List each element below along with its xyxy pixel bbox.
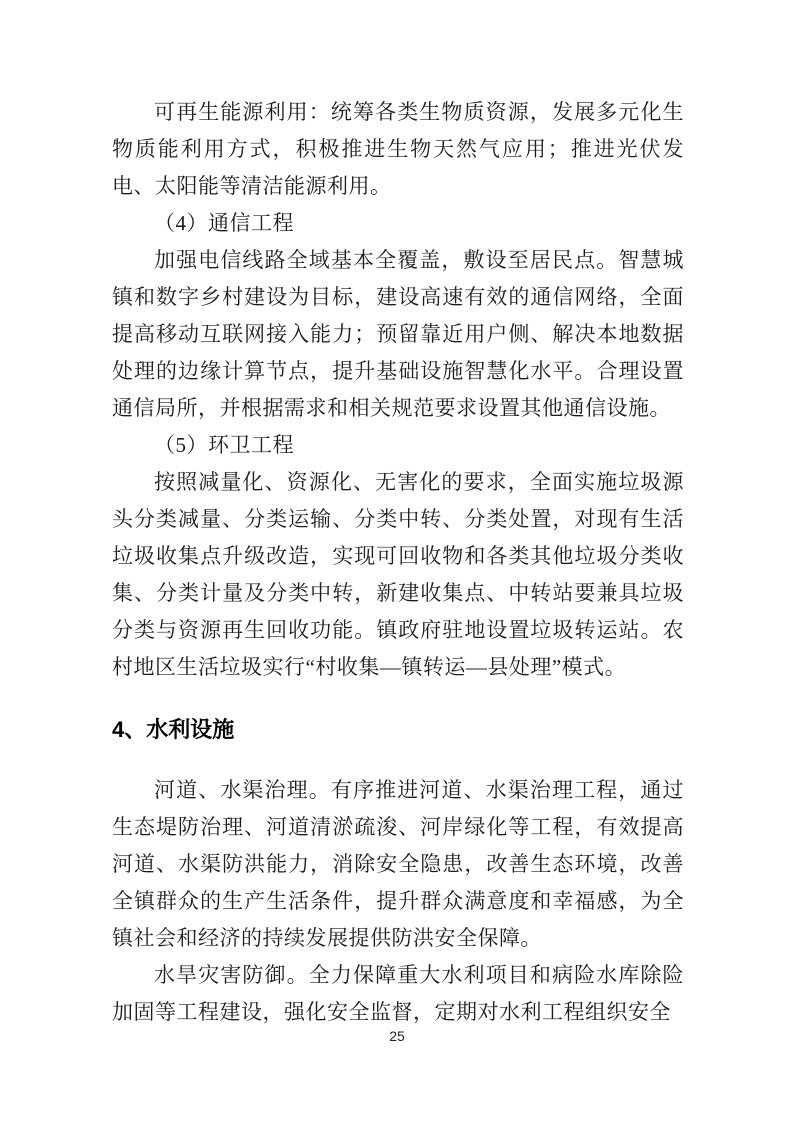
page-number: 25	[0, 1028, 794, 1044]
subheading-sanitation-engineering: （5）环卫工程	[112, 427, 684, 464]
paragraph-sanitation-engineering: 按照减量化、资源化、无害化的要求，全面实施垃圾源头分类减量、分类运输、分类中转、…	[112, 464, 684, 686]
subheading-communication-engineering: （4）通信工程	[112, 205, 684, 242]
section-heading-water-facilities: 4、水利设施	[112, 711, 684, 748]
paragraph-communication-engineering: 加强电信线路全域基本全覆盖，敷设至居民点。智慧城镇和数字乡村建设为目标，建设高速…	[112, 242, 684, 427]
paragraph-river-channel-management: 河道、水渠治理。有序推进河道、水渠治理工程，通过生态堤防治理、河道清淤疏浚、河岸…	[112, 772, 684, 957]
paragraph-renewable-energy: 可再生能源利用：统筹各类生物质资源，发展多元化生物质能利用方式，积极推进生物天然…	[112, 94, 684, 205]
document-page: 可再生能源利用：统筹各类生物质资源，发展多元化生物质能利用方式，积极推进生物天然…	[0, 0, 794, 1122]
paragraph-flood-drought-prevention: 水旱灾害防御。全力保障重大水利项目和病险水库除险加固等工程建设，强化安全监督，定…	[112, 957, 684, 1031]
document-body: 可再生能源利用：统筹各类生物质资源，发展多元化生物质能利用方式，积极推进生物天然…	[112, 94, 684, 1031]
